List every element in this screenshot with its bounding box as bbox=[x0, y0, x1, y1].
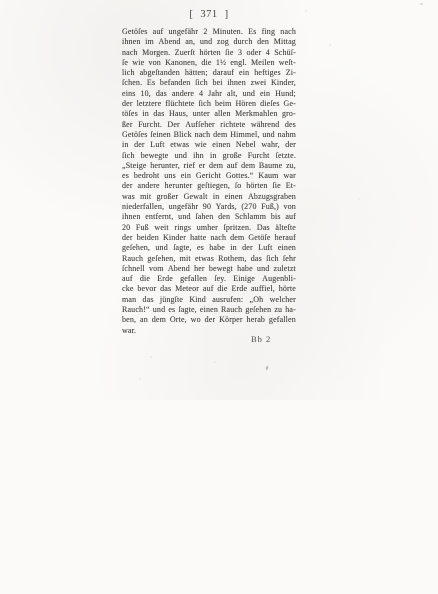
page-number-header: [371] bbox=[122, 9, 296, 20]
header-right-bracket: ] bbox=[225, 9, 229, 20]
text-line: eins10,dasandere4Jahralt,undeinHund; bbox=[122, 89, 296, 99]
text-line: 20Fußweitringsumherſpritzen.Dasälteſte bbox=[122, 223, 296, 233]
text-line: ihnenimAbendan,undzogdurchdenMittag bbox=[122, 37, 296, 47]
text-line: niederfallen,ungefähr90Yards,(270Fuß,)vo… bbox=[122, 202, 296, 212]
scan-speck bbox=[420, 3, 423, 5]
scan-speck bbox=[358, 198, 360, 200]
text-line: töſesindasHaus,unterallenMerkmahlengro- bbox=[122, 109, 296, 119]
text-line: ſchnellvomAbendherbewegthabeundzuletzt bbox=[122, 264, 296, 274]
text-line: ſewievonKanonen,die1½engl.Meilenweſt- bbox=[122, 58, 296, 68]
text-line: Rauch!“undesſagte,einenRauchgeſehenzuha- bbox=[122, 305, 296, 315]
text-line: Getöſesaufungefähr2Minuten.Esfingnach bbox=[122, 27, 296, 37]
text-line: ßerFurcht.DerAufſeherrichtetewährenddes bbox=[122, 120, 296, 130]
text-line: Rauchgeſehen,mitetwasRothem,dasſichſehr bbox=[122, 254, 296, 264]
text-line: inderLuftetwaswieeinenNebelwahr,der bbox=[122, 140, 296, 150]
text-line: ſchen.EsbefandenſichbeiihnenzweiKinder, bbox=[122, 78, 296, 88]
text-line: ben,andemOrte,woderKörperherabgefallen bbox=[122, 315, 296, 325]
text-line: wasmitgroßerGewaltineinenAbzugsgraben bbox=[122, 192, 296, 202]
text-line: nachMorgen.Zuerſthörtenſie3oder4Schüſ- bbox=[122, 48, 296, 58]
text-line: aufdieErdegefallenſey.EinigeAugenbli- bbox=[122, 274, 296, 284]
scan-speck bbox=[266, 366, 269, 370]
book-page: [371] Getöſesaufungefähr2Minuten.Esfingn… bbox=[0, 0, 438, 594]
text-line: derandereheruntergeſtiegen,ſohörtenſieEt… bbox=[122, 181, 296, 191]
scan-speck bbox=[150, 356, 152, 358]
scan-speck bbox=[305, 10, 307, 12]
body-text-block: Getöſesaufungefähr2Minuten.Esfingnachihn… bbox=[122, 27, 296, 336]
page-number: 371 bbox=[193, 9, 224, 20]
text-line: geſehen,undſagte,eshabeinderLufteinen bbox=[122, 243, 296, 253]
text-line: GetöſesſeinenBlicknachdemHimmel,undnahm bbox=[122, 130, 296, 140]
scan-speck bbox=[139, 378, 141, 380]
text-line: ckebevordasMeteoraufdieErdeauffiel,hörte bbox=[122, 284, 296, 294]
text-line: derletztereflüchteteſichbeimHörendieſesG… bbox=[122, 99, 296, 109]
text-line: esbedrohtunseinGerichtGottes.“Kaumwar bbox=[122, 171, 296, 181]
scan-speck bbox=[329, 44, 331, 46]
text-line: mandasjüngſteKindausrufen:„Ohwelcher bbox=[122, 295, 296, 305]
text-line: „Steigeherunter,rieferdemaufdemBaumezu, bbox=[122, 161, 296, 171]
signature-mark: Bb 2 bbox=[251, 334, 271, 344]
text-line: derbeidenKinderhattenachdemGetöſeherauf bbox=[122, 233, 296, 243]
text-line: ihnenentfernt,undſahendenSchlammbisauf bbox=[122, 212, 296, 222]
text-line: ſichbewegteundihningroßeFurchtſetzte. bbox=[122, 151, 296, 161]
text-line: lichabgeſtandenhätten;daraufeinheftigesZ… bbox=[122, 68, 296, 78]
scan-speck bbox=[214, 361, 216, 363]
